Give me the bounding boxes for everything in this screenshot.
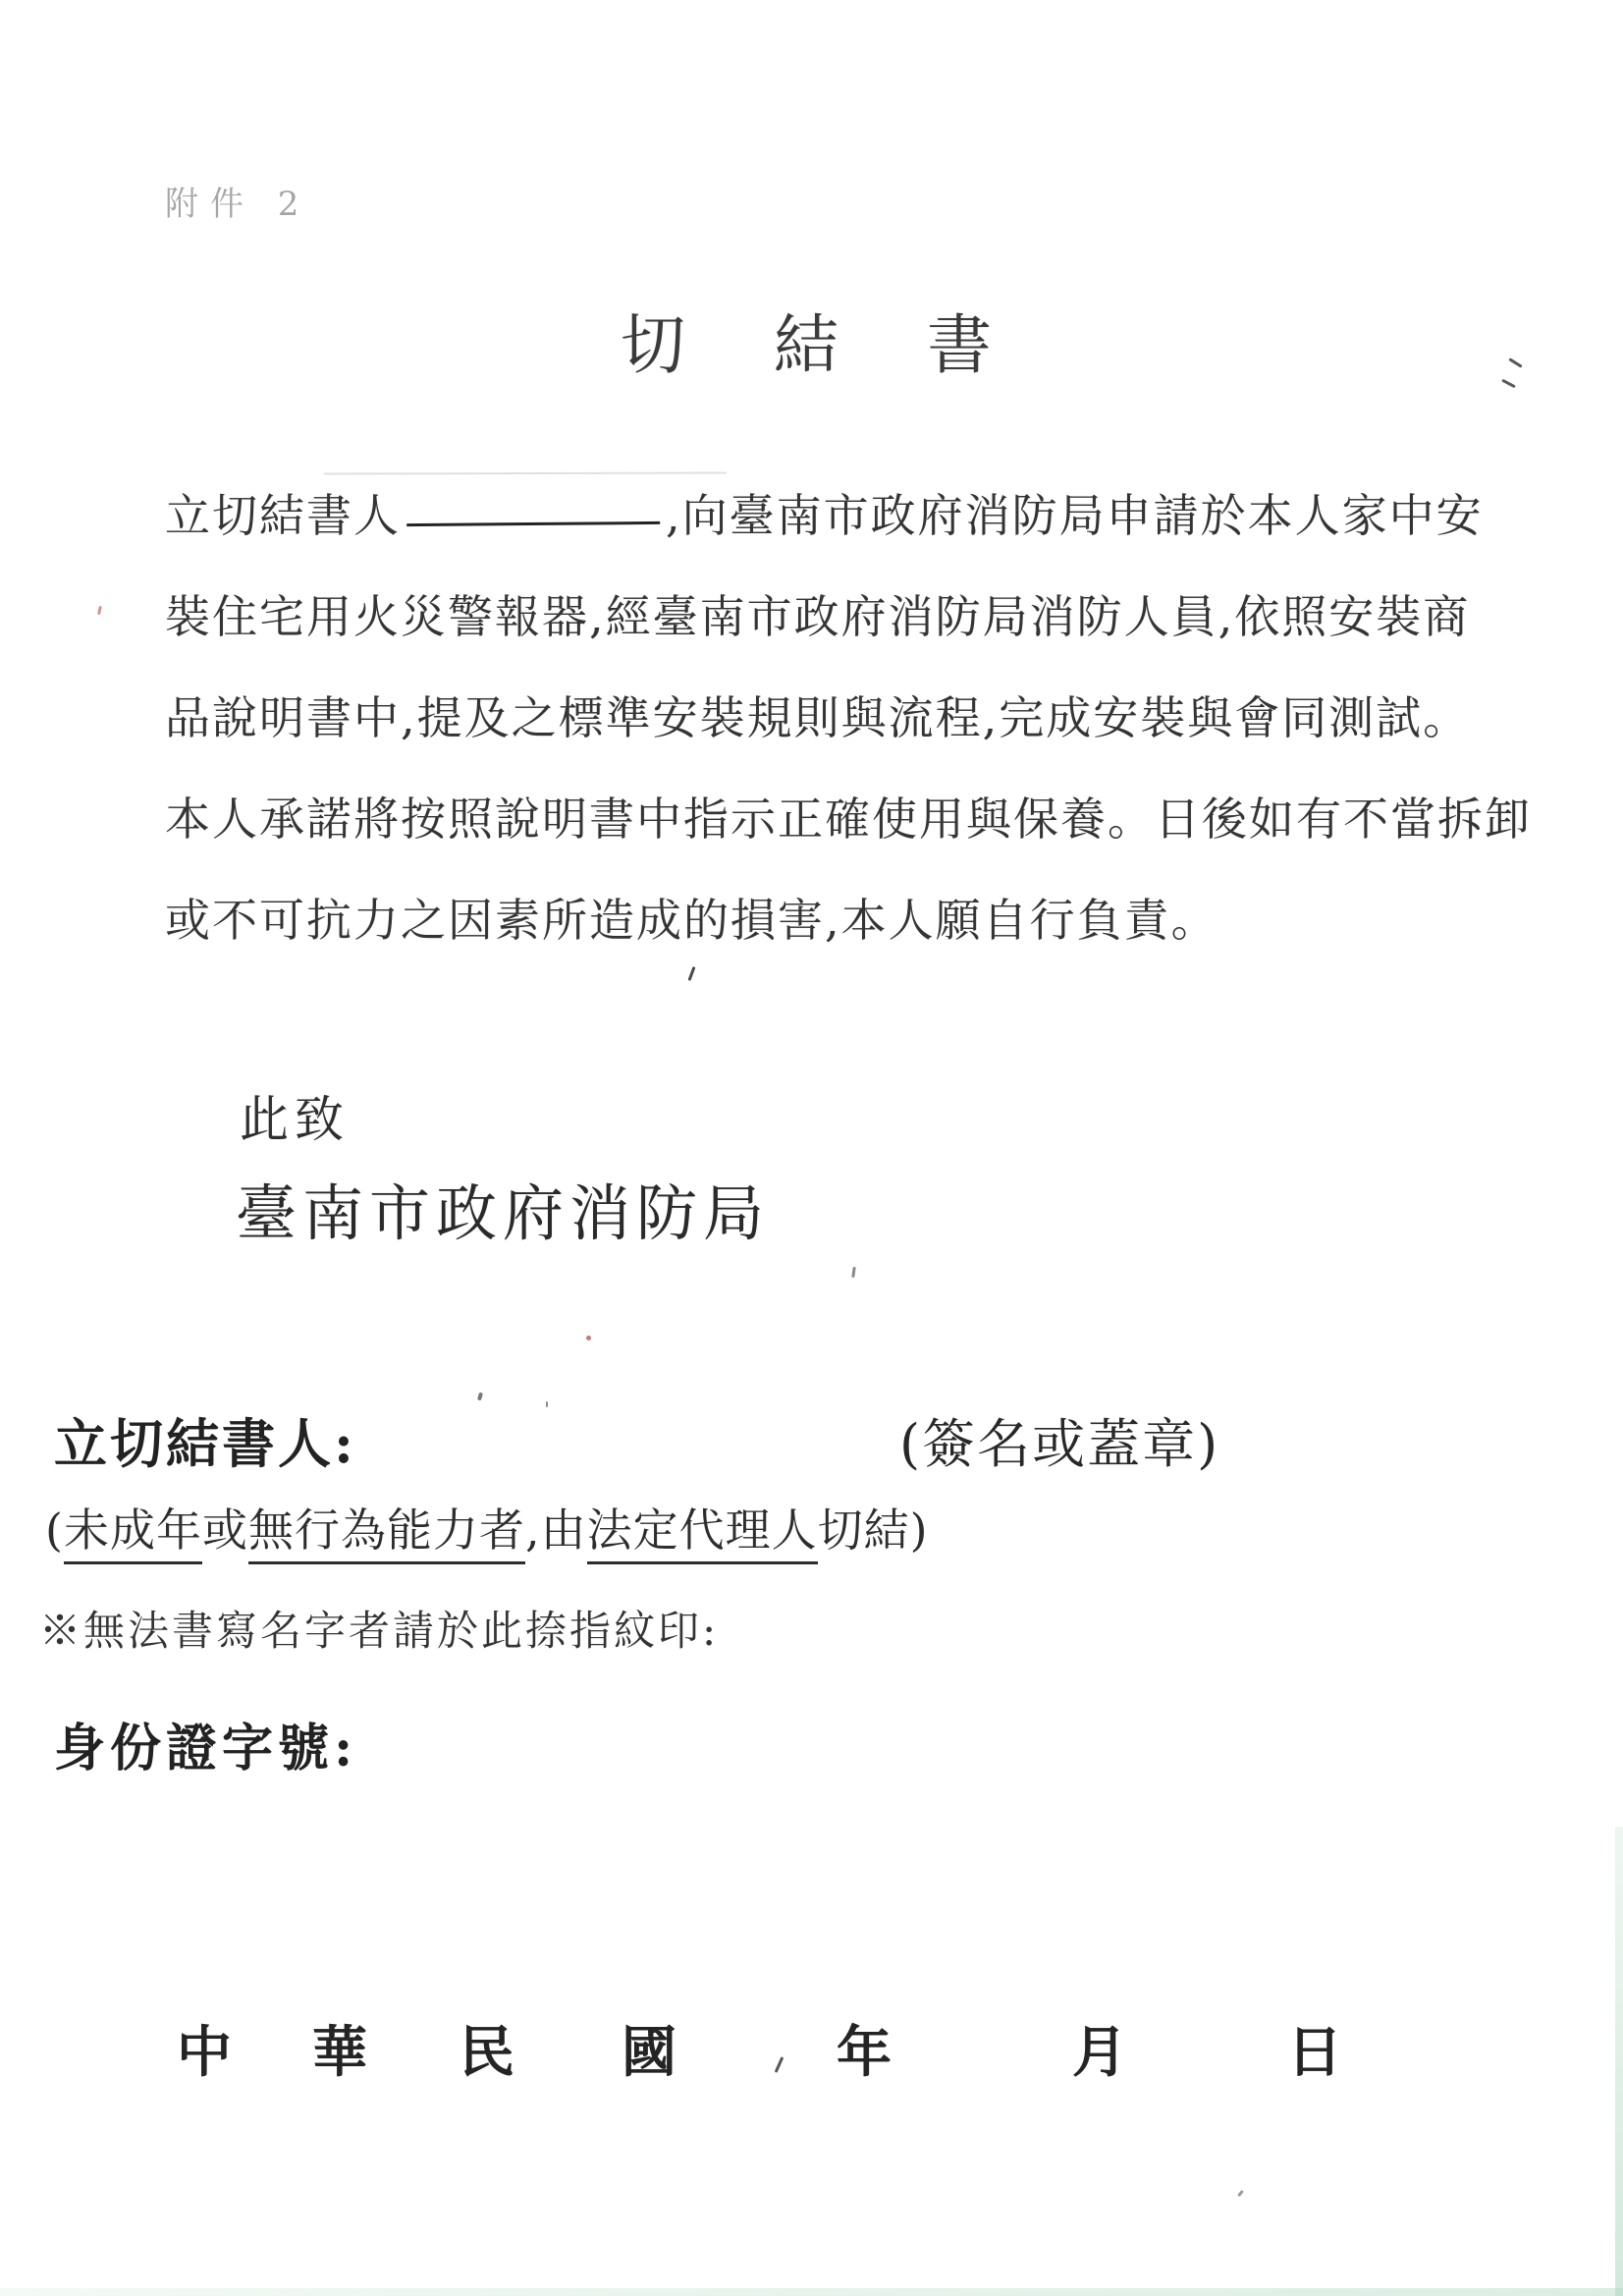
date-char: 華 [312,2009,367,2088]
scan-artifact-green-edge [0,2288,1623,2296]
body-paragraph: 立切結書人,向臺南市政府消防局申請於本人家中安 裝住宅用火災警報器,經臺南市政府… [165,465,1500,971]
recipient-name: 臺南市政府消防局 [236,1165,770,1252]
scan-artifact-speck [546,1401,548,1407]
guardian-note-part: ,由 [525,1503,587,1557]
date-char: 中 [177,2009,232,2088]
signer-name-blank-line [406,480,660,526]
guardian-note-underlined: 法定代理人 [587,1503,818,1564]
date-char: 年 [837,2009,892,2088]
date-char: 國 [622,2009,676,2088]
signature-or-seal-note: (簽名或蓋章) [899,1402,1219,1478]
body-line: 或不可抗力之因素所造成的損害,本人願自行負責。 [165,870,1500,971]
scan-artifact-tick [1508,357,1522,367]
scan-artifact-red-speck [97,606,102,615]
guardian-note-underlined: 無行為能力者 [248,1503,525,1564]
id-number-label: 身份證字號: [54,1707,357,1780]
scan-artifact-speck [477,1393,483,1401]
body-line: 本人承諾將按照說明書中指示正確使用與保養。日後如有不當拆卸 [165,769,1500,870]
fingerprint-note: ※無法書寫名字者請於此捺指紋印: [39,1599,719,1658]
scan-artifact-red-speck [586,1336,591,1340]
body-line: 裝住宅用火災警報器,經臺南市政府消防局消防人員,依照安裝商 [165,567,1500,668]
scan-artifact-tick [1501,379,1516,389]
scanned-affidavit-page: 附件 2 切 結 書 立切結書人,向臺南市政府消防局申請於本人家中安 裝住宅用火… [0,0,1623,2296]
republic-era-date-line: 中 華 民 國 年 月 日 [0,2009,1623,2078]
signer-label: 立切結書人: [54,1402,356,1478]
document-title: 切 結 書 [621,293,992,386]
attachment-label: 附件 2 [165,177,310,225]
body-line1-suffix: ,向臺南市政府消防局申請於本人家中安 [666,489,1484,542]
letter-closing: 此致 [240,1080,350,1151]
guardian-note-part: 切結) [818,1503,929,1557]
body-line1-prefix: 立切結書人 [165,489,401,542]
scan-artifact-speck [1237,2190,1244,2197]
guardian-note: (未成年或無行為能力者,由法定代理人切結) [45,1495,929,1559]
guardian-note-part: 或 [202,1503,248,1557]
body-line: 品說明書中,提及之標準安裝規則與流程,完成安裝與會同測試。 [165,668,1500,769]
guardian-note-part: ( [45,1503,64,1557]
title-char: 書 [927,293,992,386]
date-char: 日 [1287,2009,1342,2088]
date-char: 民 [460,2009,514,2088]
scan-artifact-speck [851,1267,856,1278]
guardian-note-underlined: 未成年 [64,1503,202,1564]
title-char: 結 [774,293,839,386]
date-char: 月 [1072,2009,1127,2088]
body-line: 立切結書人,向臺南市政府消防局申請於本人家中安 [165,465,1500,567]
title-char: 切 [621,293,685,386]
